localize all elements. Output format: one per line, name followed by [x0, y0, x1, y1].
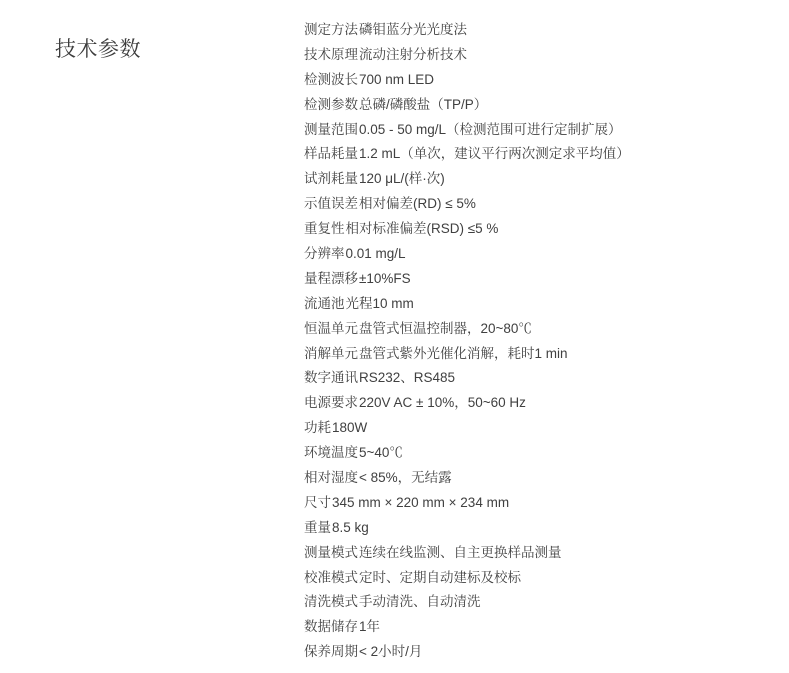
spec-label: 流通池 [304, 296, 345, 311]
spec-row-sample-consumption: 样品耗量1.2 mL（单次，建议平行两次测定求平均值） [304, 142, 630, 167]
spec-row-cleaning-mode: 清洗模式手动清洗、自动清洗 [304, 590, 630, 615]
spec-label: 消解单元 [304, 346, 358, 361]
spec-value: ±10%FS [359, 271, 411, 286]
spec-label: 环境温度 [304, 445, 358, 460]
spec-label: 试剂耗量 [304, 171, 358, 186]
spec-value: 120 μL/(样·次) [359, 171, 445, 186]
spec-row-digital-communication: 数字通讯RS232、RS485 [304, 366, 630, 391]
spec-value: 手动清洗、自动清洗 [359, 594, 481, 609]
spec-row-technical-principle: 技术原理流动注射分析技术 [304, 43, 630, 68]
spec-value: 相对标准偏差(RSD) ≤5 % [346, 221, 499, 236]
spec-label: 技术原理 [304, 47, 358, 62]
spec-row-data-storage: 数据储存1年 [304, 615, 630, 640]
spec-label: 尺寸 [304, 495, 331, 510]
spec-value: 磷钼蓝分光光度法 [359, 22, 467, 37]
spec-row-repeatability: 重复性相对标准偏差(RSD) ≤5 % [304, 217, 630, 242]
spec-label: 样品耗量 [304, 146, 358, 161]
spec-row-measurement-mode: 测量模式连续在线监测、自主更换样品测量 [304, 541, 630, 566]
spec-value: 1.2 mL（单次，建议平行两次测定求平均值） [359, 146, 630, 161]
spec-value: 700 nm LED [359, 72, 434, 87]
spec-label: 功耗 [304, 420, 331, 435]
spec-label: 恒温单元 [304, 321, 358, 336]
spec-row-measurement-range: 测量范围0.05 - 50 mg/L（检测范围可进行定制扩展） [304, 118, 630, 143]
spec-row-reagent-consumption: 试剂耗量120 μL/(样·次) [304, 167, 630, 192]
spec-value: 5~40℃ [359, 445, 403, 460]
spec-row-detection-parameter: 检测参数总磷/磷酸盐（TP/P） [304, 93, 630, 118]
spec-row-maintenance-cycle: 保养周期< 2小时/月 [304, 640, 630, 665]
spec-row-dimensions: 尺寸345 mm × 220 mm × 234 mm [304, 491, 630, 516]
spec-value: RS232、RS485 [359, 370, 455, 385]
spec-value: < 85%，无结露 [359, 470, 452, 485]
spec-value: 180W [332, 420, 367, 435]
spec-row-resolution: 分辨率0.01 mg/L [304, 242, 630, 267]
spec-label: 测量范围 [304, 122, 358, 137]
spec-row-relative-humidity: 相对湿度< 85%，无结露 [304, 466, 630, 491]
spec-label: 检测波长 [304, 72, 358, 87]
spec-row-flow-cell: 流通池光程10 mm [304, 292, 630, 317]
spec-row-power-requirement: 电源要求220V AC ± 10%，50~60 Hz [304, 391, 630, 416]
spec-row-ambient-temperature: 环境温度5~40℃ [304, 441, 630, 466]
spec-label: 量程漂移 [304, 271, 358, 286]
spec-label: 校准模式 [304, 570, 358, 585]
spec-label: 测量模式 [304, 545, 358, 560]
spec-label: 示值误差 [304, 196, 358, 211]
spec-label: 电源要求 [304, 395, 358, 410]
spec-value: 相对偏差(RD) ≤ 5% [359, 196, 476, 211]
spec-label: 重量 [304, 520, 331, 535]
spec-value: 345 mm × 220 mm × 234 mm [332, 495, 509, 510]
spec-label: 数据储存 [304, 619, 358, 634]
spec-row-digestion-unit: 消解单元盘管式紫外光催化消解，耗时1 min [304, 342, 630, 367]
spec-row-range-drift: 量程漂移±10%FS [304, 267, 630, 292]
spec-value: 0.05 - 50 mg/L（检测范围可进行定制扩展） [359, 122, 622, 137]
spec-value: < 2小时/月 [359, 644, 422, 659]
spec-label: 重复性 [304, 221, 345, 236]
spec-row-indication-error: 示值误差相对偏差(RD) ≤ 5% [304, 192, 630, 217]
spec-value: 总磷/磷酸盐（TP/P） [359, 97, 487, 112]
spec-list: 测定方法磷钼蓝分光光度法 技术原理流动注射分析技术 检测波长700 nm LED… [304, 18, 630, 665]
spec-label: 检测参数 [304, 97, 358, 112]
spec-label: 相对湿度 [304, 470, 358, 485]
spec-label: 数字通讯 [304, 370, 358, 385]
spec-value: 0.01 mg/L [346, 246, 406, 261]
spec-row-detection-wavelength: 检测波长700 nm LED [304, 68, 630, 93]
spec-value: 定时、定期自动建标及校标 [359, 570, 521, 585]
spec-row-power-consumption: 功耗180W [304, 416, 630, 441]
page-title: 技术参数 [55, 33, 141, 63]
spec-label: 分辨率 [304, 246, 345, 261]
spec-row-thermostat-unit: 恒温单元盘管式恒温控制器，20~80℃ [304, 317, 630, 342]
spec-row-weight: 重量8.5 kg [304, 516, 630, 541]
spec-value: 220V AC ± 10%，50~60 Hz [359, 395, 526, 410]
spec-value: 流动注射分析技术 [359, 47, 467, 62]
spec-value: 光程10 mm [346, 296, 414, 311]
spec-value: 1年 [359, 619, 380, 634]
spec-value: 连续在线监测、自主更换样品测量 [359, 545, 562, 560]
spec-row-calibration-mode: 校准模式定时、定期自动建标及校标 [304, 566, 630, 591]
spec-label: 保养周期 [304, 644, 358, 659]
spec-label: 清洗模式 [304, 594, 358, 609]
spec-value: 盘管式紫外光催化消解，耗时1 min [359, 346, 568, 361]
spec-value: 盘管式恒温控制器，20~80℃ [359, 321, 532, 336]
spec-label: 测定方法 [304, 22, 358, 37]
spec-row-measurement-method: 测定方法磷钼蓝分光光度法 [304, 18, 630, 43]
spec-value: 8.5 kg [332, 520, 369, 535]
